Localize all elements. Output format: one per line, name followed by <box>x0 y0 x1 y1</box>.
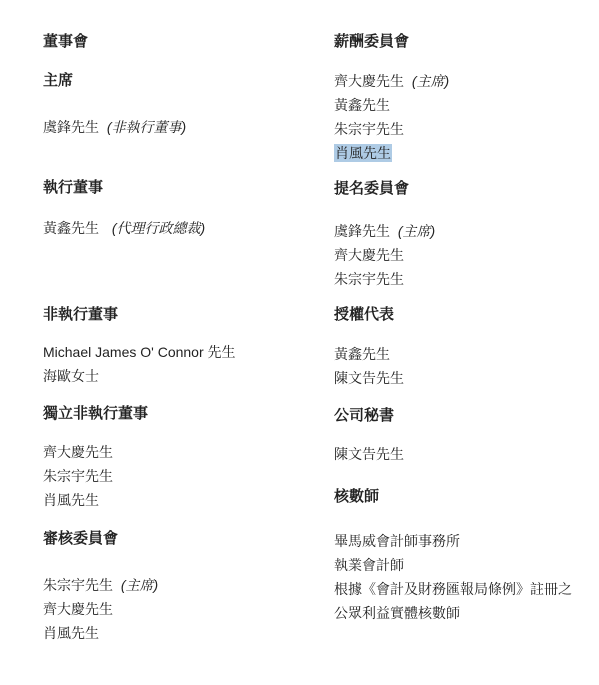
person-row: 肖風先生 <box>334 141 596 165</box>
auditor-name: 畢馬威會計師事務所 <box>334 533 460 549</box>
person-name: 虞鋒先生 <box>334 223 390 239</box>
person-row: 朱宗宇先生 <box>334 117 596 141</box>
person-row: 黃鑫先生 <box>334 93 596 117</box>
section-heading-audit-committee: 審核委員會 <box>43 527 323 551</box>
person-row: 虞鋒先生 (主席) <box>334 219 596 243</box>
person-name: 海歐女士 <box>43 368 99 384</box>
right-column: 薪酬委員會 齊大慶先生 (主席) 黃鑫先生 朱宗宇先生 肖風先生 提名委員會 虞… <box>334 0 596 625</box>
person-row: 齊大慶先生 <box>43 440 323 464</box>
person-row: 朱宗宇先生 <box>334 267 596 291</box>
section-heading-company-secretary: 公司秘書 <box>334 404 596 428</box>
person-name: 朱宗宇先生 <box>43 577 113 593</box>
person-name: 朱宗宇先生 <box>334 271 404 287</box>
role-note: (主席) <box>412 73 449 89</box>
role-note: (代理行政總裁) <box>112 220 205 236</box>
auditor-line: 根據《會計及財務匯報局條例》註冊之 <box>334 577 596 601</box>
section-heading-authorized-representatives: 授權代表 <box>334 303 596 327</box>
person-row: 齊大慶先生 <box>334 243 596 267</box>
person-name: 肖風先生 <box>43 625 99 641</box>
person-name: 黃鑫先生 <box>334 97 390 113</box>
auditor-line: 公眾利益實體核數師 <box>334 601 596 625</box>
auditor-description: 執業會計師 <box>334 557 404 573</box>
person-name: 陳文告先生 <box>334 370 404 386</box>
document-page: 董事會 主席 虞鋒先生 (非執行董事) 執行董事 黃鑫先生 (代理行政總裁) 非… <box>0 0 599 685</box>
auditor-description: 根據《會計及財務匯報局條例》註冊之 <box>334 581 572 597</box>
person-row: 陳文告先生 <box>334 442 596 466</box>
person-name: 齊大慶先生 <box>334 73 404 89</box>
selected-text[interactable]: 肖風先生 <box>334 144 392 162</box>
person-name: 朱宗宇先生 <box>43 468 113 484</box>
section-heading-executive-directors: 執行董事 <box>43 176 323 200</box>
person-row: 黃鑫先生 <box>334 342 596 366</box>
person-row: 朱宗宇先生 <box>43 464 323 488</box>
auditor-line: 畢馬威會計師事務所 <box>334 529 596 553</box>
person-name: 齊大慶先生 <box>43 601 113 617</box>
person-row: 齊大慶先生 <box>43 597 323 621</box>
person-name: 陳文告先生 <box>334 446 404 462</box>
auditor-line: 執業會計師 <box>334 553 596 577</box>
person-name: 肖風先生 <box>43 492 99 508</box>
person-row: 黃鑫先生 (代理行政總裁) <box>43 216 323 240</box>
section-heading-independent-non-executive-directors: 獨立非執行董事 <box>43 402 323 426</box>
section-heading-nomination-committee: 提名委員會 <box>334 177 596 201</box>
person-row: 齊大慶先生 (主席) <box>334 69 596 93</box>
section-heading-non-executive-directors: 非執行董事 <box>43 303 323 327</box>
role-note: (非執行董事) <box>107 119 186 135</box>
person-name: 齊大慶先生 <box>43 444 113 460</box>
person-name: 黃鑫先生 <box>43 220 99 236</box>
person-name: 朱宗宇先生 <box>334 121 404 137</box>
section-heading-chairman: 主席 <box>43 69 323 93</box>
role-note: (主席) <box>398 223 435 239</box>
section-heading-board: 董事會 <box>43 30 323 54</box>
person-row: 肖風先生 <box>43 621 323 645</box>
section-heading-auditor: 核數師 <box>334 485 596 509</box>
auditor-description: 公眾利益實體核數師 <box>334 605 460 621</box>
section-heading-remuneration-committee: 薪酬委員會 <box>334 30 596 54</box>
person-row: 虞鋒先生 (非執行董事) <box>43 115 323 139</box>
role-note: (主席) <box>121 577 158 593</box>
person-name: 黃鑫先生 <box>334 346 390 362</box>
left-column: 董事會 主席 虞鋒先生 (非執行董事) 執行董事 黃鑫先生 (代理行政總裁) 非… <box>43 0 323 645</box>
person-name: 虞鋒先生 <box>43 119 99 135</box>
person-name: 齊大慶先生 <box>334 247 404 263</box>
person-name: Michael James O' Connor 先生 <box>43 344 236 360</box>
person-row: 肖風先生 <box>43 488 323 512</box>
person-row: Michael James O' Connor 先生 <box>43 340 323 364</box>
person-row: 陳文告先生 <box>334 366 596 390</box>
person-row: 朱宗宇先生 (主席) <box>43 573 323 597</box>
person-row: 海歐女士 <box>43 364 323 388</box>
